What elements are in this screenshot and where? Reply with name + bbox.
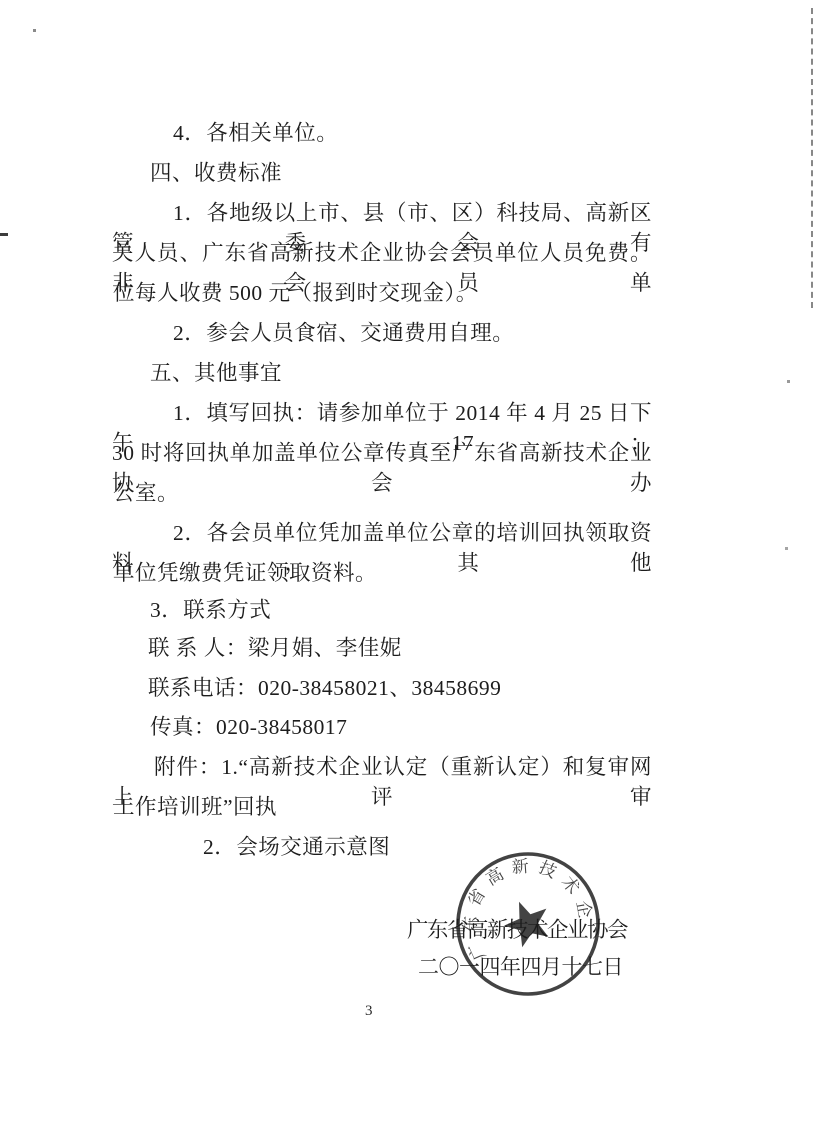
scan-artifact-speck [787, 380, 790, 383]
scanned-document-page: 4．各相关单位。 四、收费标准 1．各地级以上市、县（市、区）科技局、高新区管委… [0, 0, 815, 1122]
contact-section-heading: 3．联系方式 [150, 595, 271, 625]
scan-artifact-speck [785, 547, 788, 550]
text-line: 公室。 [113, 478, 179, 508]
section-heading-fees: 四、收费标准 [150, 158, 282, 188]
text-line: 30 时将回执单加盖单位公章传真至广东省高新技术企业协会办 [112, 438, 652, 498]
attachment-line: 工作培训班”回执 [113, 792, 277, 822]
scan-artifact-speck [33, 29, 36, 32]
text-line: 2．参会人员食宿、交通费用自理。 [173, 318, 514, 348]
stamp-star-icon [498, 893, 557, 950]
attachment-line: 2．会场交通示意图 [203, 832, 390, 862]
contact-phone-line: 联系电话：020-38458021、38458699 [148, 673, 501, 703]
page-number: 3 [365, 1003, 373, 1020]
scan-artifact-left-edge [0, 233, 8, 236]
text-line: 单位凭缴费凭证领取资料。 [113, 558, 377, 588]
fax-line: 传真：020-38458017 [150, 712, 347, 742]
contact-person-line: 联 系 人：梁月娟、李佳妮 [148, 633, 402, 663]
official-stamp: 广东省高新技术企业协会 [449, 848, 607, 1000]
text-line: 4．各相关单位。 [173, 118, 338, 148]
text-line: 位每人收费 500 元（报到时交现金）。 [113, 278, 478, 308]
section-heading-other: 五、其他事宜 [150, 358, 282, 388]
scan-artifact-right-edge [811, 8, 813, 308]
